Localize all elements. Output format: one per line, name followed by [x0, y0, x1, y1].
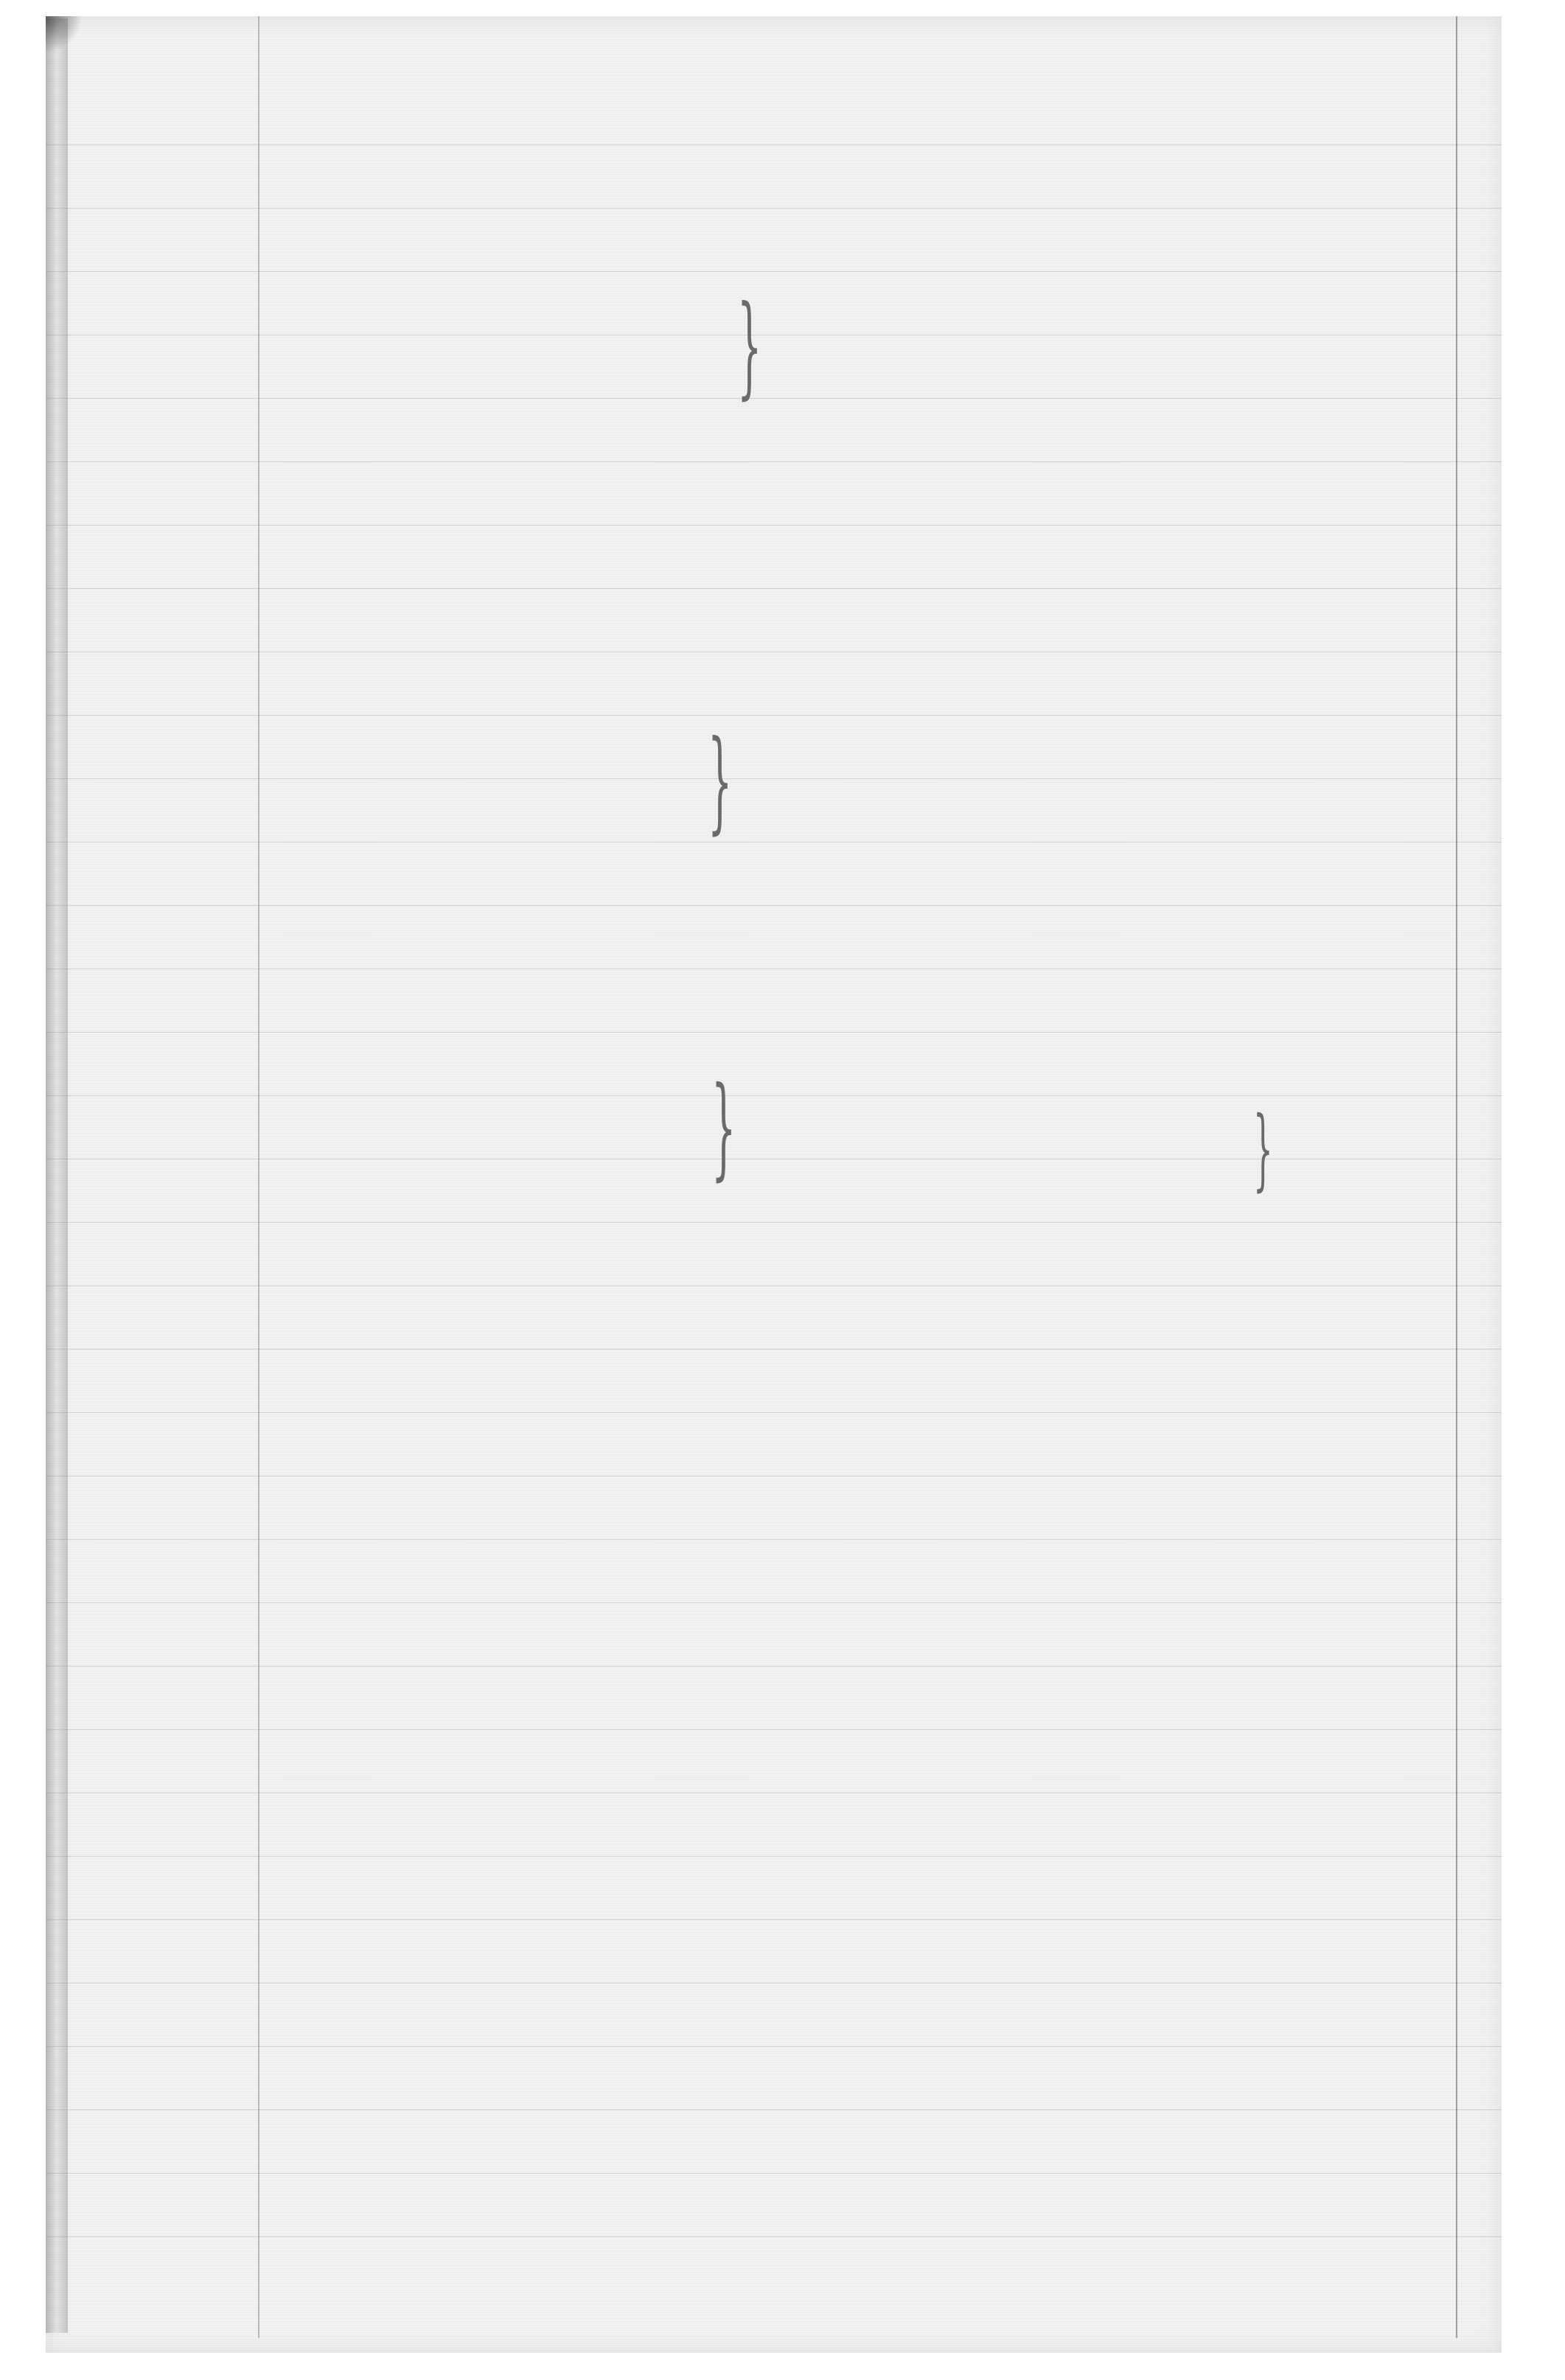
ruled-line — [46, 1349, 1502, 1350]
ruled-line — [46, 2173, 1502, 2174]
ruled-line — [46, 144, 1502, 145]
ruled-line — [46, 461, 1502, 462]
ruled-line — [46, 208, 1502, 209]
ruled-line — [46, 1222, 1502, 1223]
ruled-line — [46, 1539, 1502, 1540]
ruled-line — [46, 1793, 1502, 1793]
ledger-page — [46, 16, 1502, 2353]
ruled-line — [46, 778, 1502, 779]
ruled-line — [46, 2236, 1502, 2237]
ruled-line — [46, 1159, 1502, 1159]
ruled-line — [46, 1412, 1502, 1413]
caption-brace: } — [737, 291, 761, 402]
ruled-line — [46, 1032, 1502, 1033]
ruled-line — [46, 905, 1502, 906]
ruled-line — [46, 2109, 1502, 2110]
right-margin-rule — [1456, 16, 1457, 2338]
ruled-line — [46, 1856, 1502, 1857]
ruled-line — [46, 1602, 1502, 1603]
ruled-line — [46, 1476, 1502, 1476]
ruled-line — [46, 398, 1502, 399]
caption-brace: } — [1253, 1106, 1273, 1194]
ruled-line — [46, 842, 1502, 842]
ruled-line — [46, 1983, 1502, 1983]
caption-brace: } — [708, 726, 732, 837]
ruled-line — [46, 525, 1502, 526]
ruled-line — [46, 1666, 1502, 1667]
ruled-line — [46, 271, 1502, 272]
ruled-line — [46, 715, 1502, 716]
ruled-line — [46, 1285, 1502, 1286]
ruled-line — [46, 1729, 1502, 1730]
caption-brace: } — [711, 1072, 736, 1183]
ruled-line — [46, 652, 1502, 652]
ruled-line — [46, 588, 1502, 589]
left-margin-rule — [258, 16, 259, 2338]
ruled-line — [46, 335, 1502, 335]
ruled-line — [46, 969, 1502, 969]
ruled-line — [46, 1095, 1502, 1096]
page-corner-shadow — [46, 16, 83, 53]
ruled-line — [46, 1919, 1502, 1920]
ruled-line — [46, 2046, 1502, 2047]
page-binding-edge — [46, 18, 68, 2333]
